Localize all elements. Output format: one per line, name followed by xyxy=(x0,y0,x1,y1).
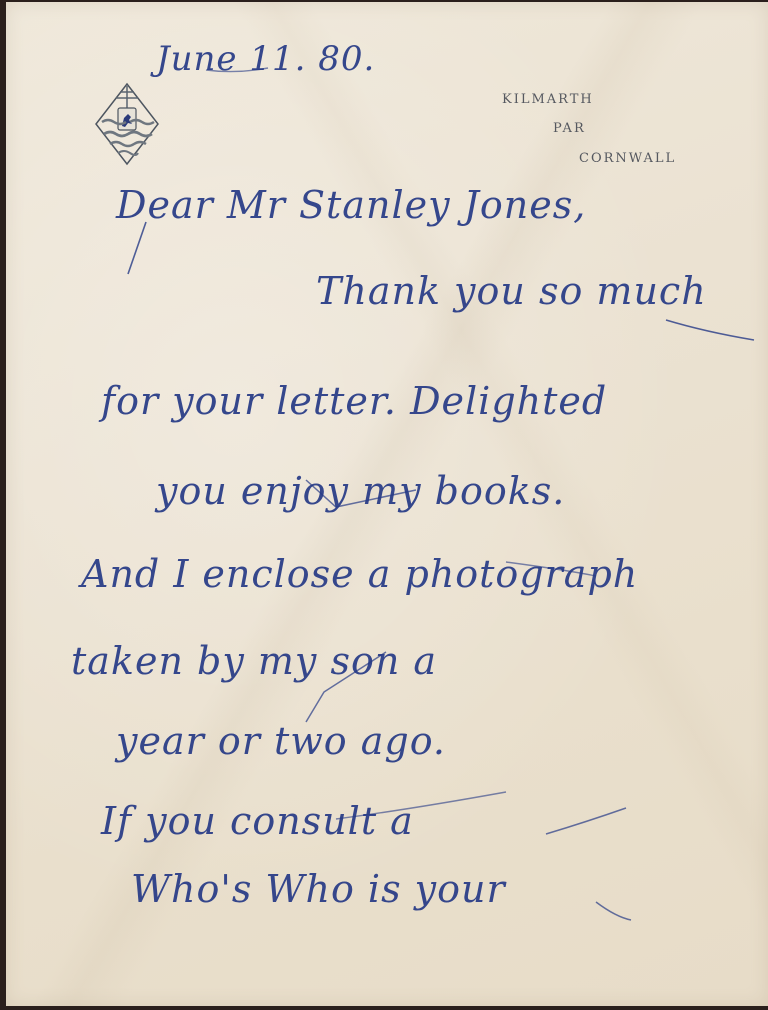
letter-body-line: And I enclose a photograph xyxy=(81,555,638,593)
letter-body-line: Thank you so much xyxy=(316,272,707,310)
letter-salutation: Dear Mr Stanley Jones, xyxy=(116,186,586,224)
letter-body-line: for your letter. Delighted xyxy=(101,382,607,420)
letter-body-line: year or two ago. xyxy=(116,722,446,760)
letter-body-line: you enjoy my books. xyxy=(156,472,565,510)
letter-body-line: If you consult a xyxy=(101,802,414,840)
letter-body-line: Who's Who is your xyxy=(131,870,506,908)
letter-paper: KILMARTH PAR CORNWALL June 11. 80. Dear … xyxy=(6,2,768,1006)
letter-body-line: taken by my son a xyxy=(71,642,437,680)
letterhead-address-line: KILMARTH xyxy=(502,92,594,107)
letterhead-address-line: PAR xyxy=(553,121,586,136)
letterhead-address-line: CORNWALL xyxy=(579,151,676,166)
heraldic-crest-icon xyxy=(94,82,160,166)
letter-date: June 11. 80. xyxy=(156,42,375,76)
